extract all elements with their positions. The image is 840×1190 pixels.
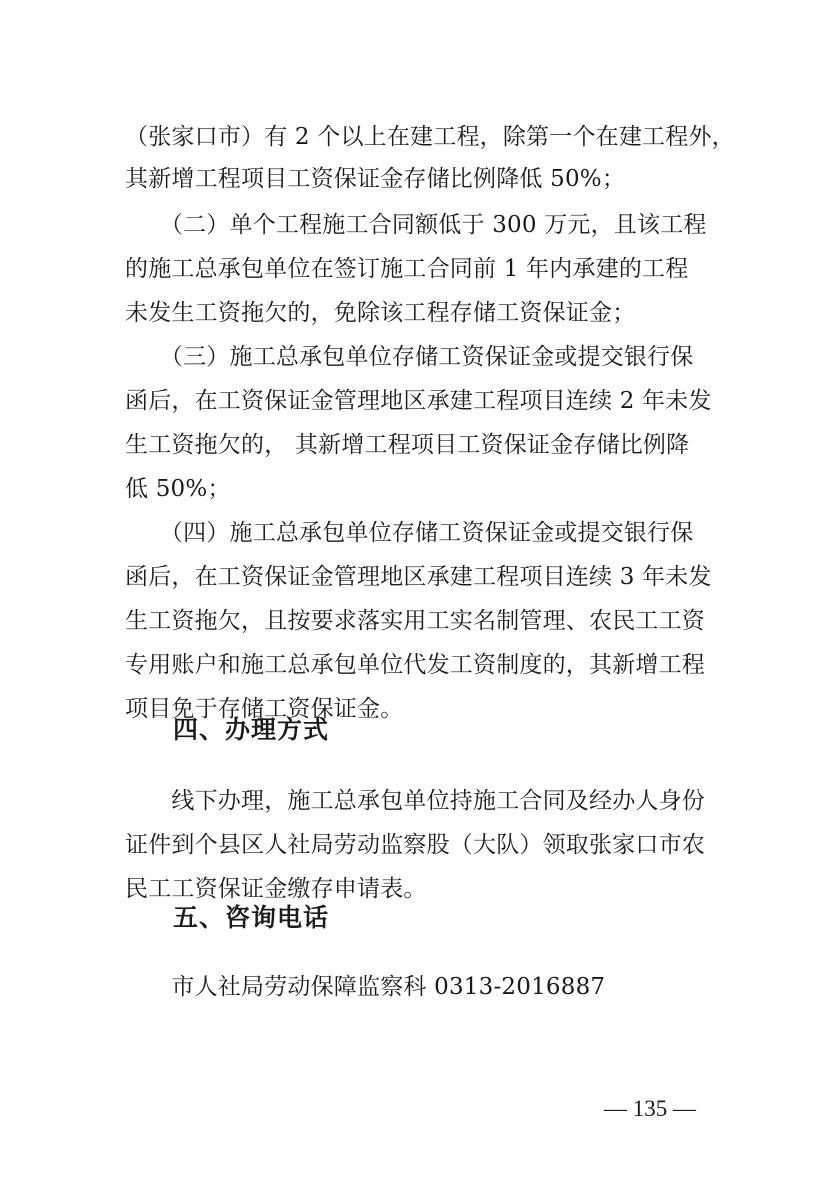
text-line: 函后，在工资保证金管理地区承建工程项目连续 2 年未发 xyxy=(125,386,712,416)
text-line: 的施工总承包单位在签订施工合同前 1 年内承建的工程 xyxy=(125,254,688,284)
text-line: 低 50%； xyxy=(125,474,231,504)
text-line: 专用账户和施工总承包单位代发工资制度的，其新增工程 xyxy=(125,650,705,680)
text-line: 其新增工程项目工资保证金存储比例降低 50%； xyxy=(125,164,625,194)
page-number: — 135 — xyxy=(604,1094,696,1124)
section-heading-consultation-phone: 五、咨询电话 xyxy=(173,902,329,934)
text-line: 生工资拖欠，且按要求落实用工实名制管理、农民工工资 xyxy=(125,606,705,636)
contact-line: 市人社局劳动保障监察科 0313-2016887 xyxy=(125,972,605,1002)
text-line: 函后，在工资保证金管理地区承建工程项目连续 3 年未发 xyxy=(125,562,712,592)
text-line: 未发生工资拖欠的，免除该工程存储工资保证金； xyxy=(125,298,635,328)
text-line: 线下办理，施工总承包单位持施工合同及经办人身份 xyxy=(125,786,705,816)
text-line: 证件到个县区人社局劳动监察股（大队）领取张家口市农 xyxy=(125,830,705,860)
text-line: （三）施工总承包单位存储工资保证金或提交银行保 xyxy=(125,342,694,372)
text-line: 民工工资保证金缴存申请表。 xyxy=(125,874,427,904)
section-heading-handling-method: 四、办理方式 xyxy=(173,714,329,746)
text-line: （四）施工总承包单位存储工资保证金或提交银行保 xyxy=(125,518,694,548)
text-line: （张家口市）有 2 个以上在建工程，除第一个在建工程外， xyxy=(125,122,735,152)
text-line: （二）单个工程施工合同额低于 300 万元，且该工程 xyxy=(125,210,707,240)
text-line: 生工资拖欠的， 其新增工程项目工资保证金存储比例降 xyxy=(125,430,689,460)
